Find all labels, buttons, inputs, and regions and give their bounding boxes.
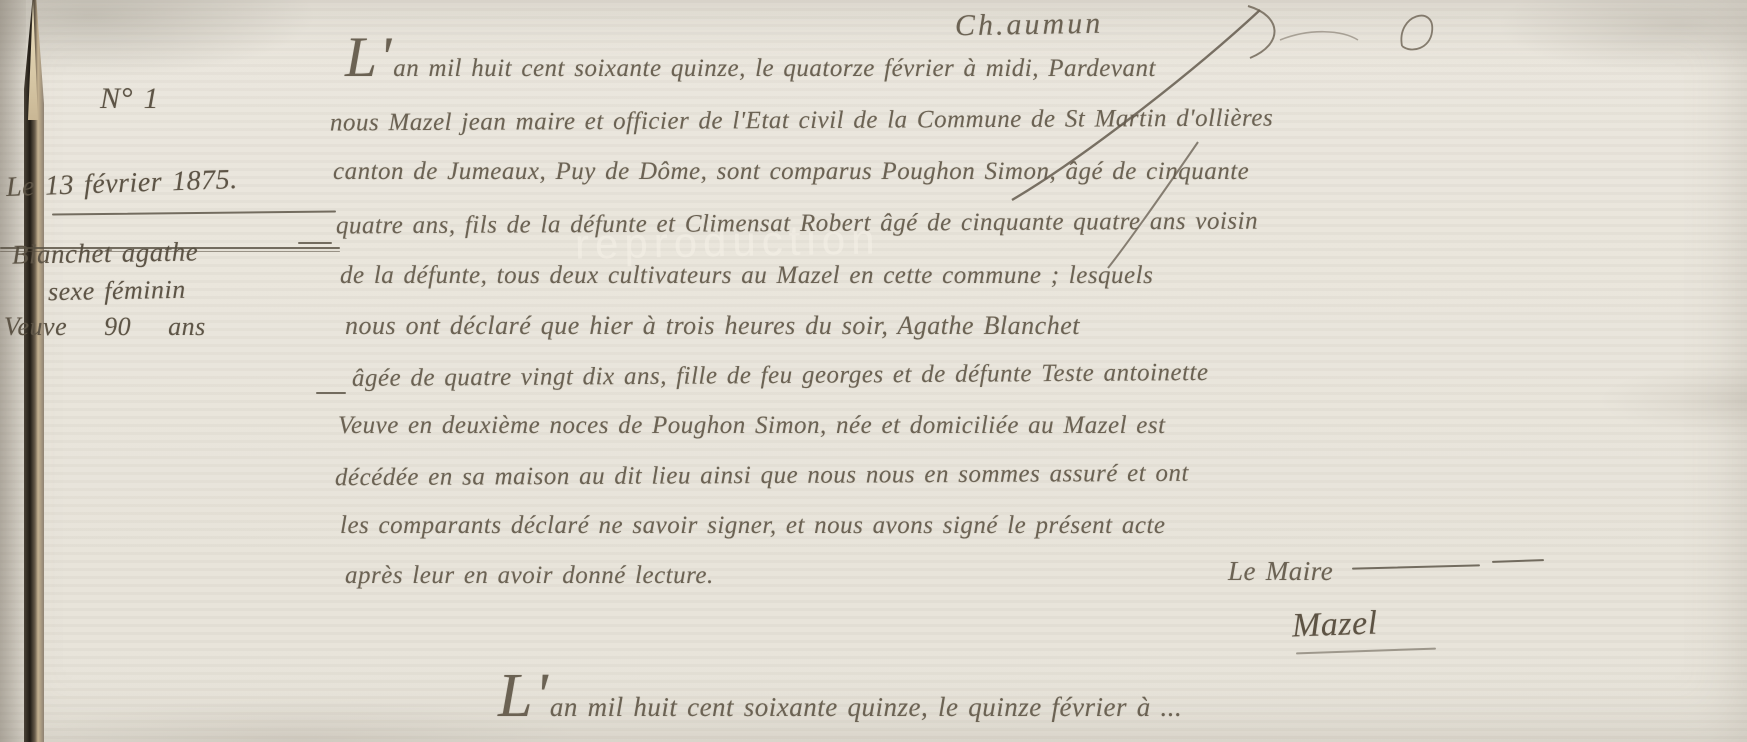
page-edge-shadow xyxy=(0,0,26,742)
paraph-flourish xyxy=(950,0,1510,300)
margin-status-age: Veuve 90 ans xyxy=(4,312,206,342)
body-line: L'an mil huit cent soixante quinze, le q… xyxy=(345,55,1156,83)
margin-dash-1 xyxy=(298,242,332,244)
margin-deceased-name: Blanchet agathe xyxy=(12,236,199,270)
next-act-fragment: L'an mil huit cent soixante quinze, le q… xyxy=(498,692,1182,723)
margin-sex: sexe féminin xyxy=(48,275,186,307)
body-line: âgée de quatre vingt dix ans, fille de f… xyxy=(352,359,1209,393)
body-line: de la défunte, tous deux cultivateurs au… xyxy=(340,262,1153,290)
body-line: décédée en sa maison au dit lieu ainsi q… xyxy=(335,460,1189,492)
signature-flourish-line xyxy=(1296,648,1436,655)
present-acte-underline xyxy=(1352,564,1480,569)
body-line: Veuve en deuxième noces de Poughon Simon… xyxy=(338,412,1166,440)
margin-separator-rule-2 xyxy=(0,251,340,252)
present-acte-underline-2 xyxy=(1492,559,1544,563)
body-line: nous Mazel jean maire et officier de l'E… xyxy=(330,105,1273,138)
margin-date-underline xyxy=(52,211,336,216)
body-line: quatre ans, fils de la défunte et Climen… xyxy=(336,208,1258,241)
body-line: canton de Jumeaux, Puy de Dôme, sont com… xyxy=(333,158,1249,186)
previous-act-signature-fragment: Ch.aumun xyxy=(955,7,1104,44)
margin-dash-2 xyxy=(316,392,346,394)
margin-separator-rule xyxy=(0,247,340,249)
body-line: les comparants déclaré ne savoir signer,… xyxy=(340,512,1166,540)
body-line: nous ont déclaré que hier à trois heures… xyxy=(345,311,1080,341)
mayor-signature: Mazel xyxy=(1291,605,1378,646)
body-line: après leur en avoir donné lecture. xyxy=(345,562,714,590)
scanned-register-page: reproduction Ch.aumun N° 1 Le 13 février… xyxy=(0,0,1747,742)
closing-role: Le Maire xyxy=(1228,556,1333,587)
margin-act-number: N° 1 xyxy=(100,82,159,116)
margin-date: Le 13 février 1875. xyxy=(6,164,239,204)
